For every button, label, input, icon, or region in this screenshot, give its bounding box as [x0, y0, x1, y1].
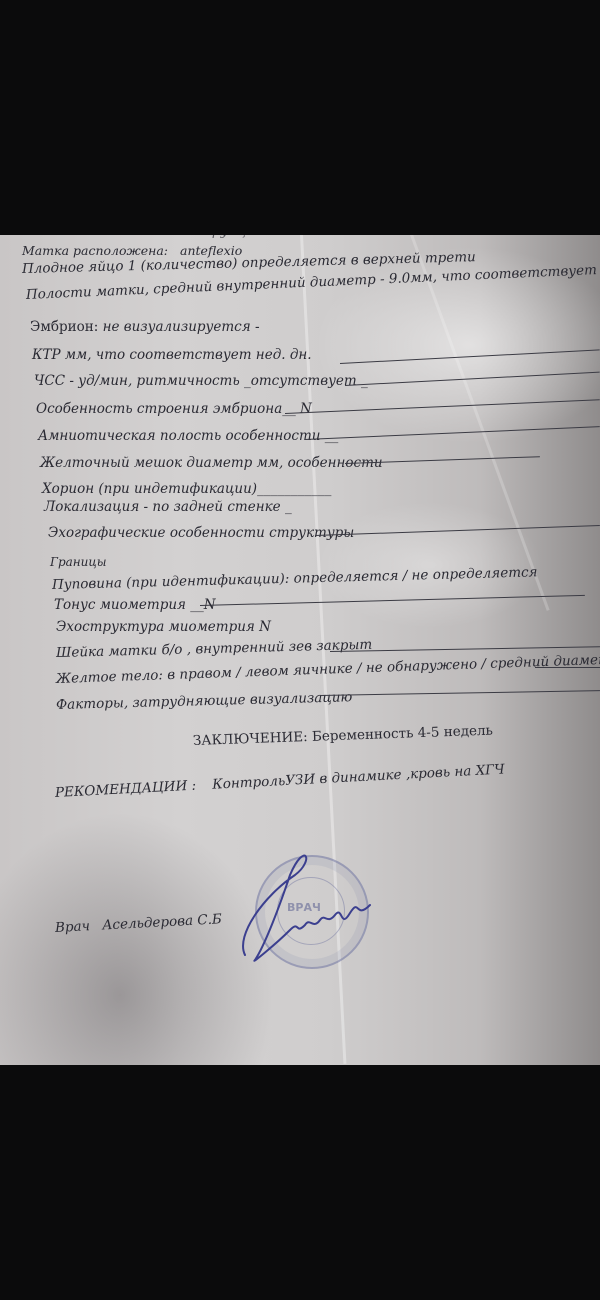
amniotic-cavity: Амниотическая полость особенности __ — [38, 428, 338, 444]
cut-top-line: …менструации - — [150, 235, 272, 239]
myometrium-echostructure: Эхоструктура миометрия N — [56, 619, 271, 635]
myometrium-tone: Тонус миометрия __N — [54, 597, 216, 613]
document-photo: …менструации - Матка расположена: antefl… — [0, 235, 600, 1065]
fill-line — [200, 595, 585, 606]
crl: КТР мм, что соответствует нед. дн. — [32, 347, 312, 363]
yolk-sac: Желточный мешок диаметр мм, особенности — [40, 455, 383, 471]
fill-line — [315, 525, 600, 536]
heart-rate: ЧСС - уд/мин, ритмичность _отсутствует _ — [34, 373, 368, 389]
umbilical-cord: Пуповина (при идентификации): определяет… — [52, 564, 538, 593]
visualization-factors: Факторы, затрудняющие визуализацию — [56, 689, 353, 713]
recommendations: РЕКОМЕНДАЦИИ : КонтрольУЗИ в динамике ,к… — [55, 761, 505, 801]
doctor-line: Врач Асельдерова С.Б — [55, 911, 223, 936]
fill-line — [345, 372, 600, 386]
fill-line — [305, 426, 600, 440]
echographic-structure: Эхографические особенности структуры — [48, 525, 354, 541]
localization: Локализация - по задней стенке _ — [44, 499, 292, 515]
fill-line — [320, 690, 600, 696]
fill-line — [340, 349, 600, 364]
embryo-structure: Особенность строения эмбриона__ N — [36, 401, 312, 417]
fill-line — [535, 667, 600, 668]
fill-line — [285, 399, 600, 414]
chorion: Хорион (при индетификации)___________ — [42, 481, 331, 497]
paper-crease — [410, 235, 550, 611]
borders: Границы — [50, 555, 107, 569]
embryo: Эмбрион: не визуализируется - — [30, 319, 260, 335]
doctor-signature — [235, 835, 385, 975]
conclusion: ЗАКЛЮЧЕНИЕ: Беременность 4-5 недель — [193, 723, 493, 749]
